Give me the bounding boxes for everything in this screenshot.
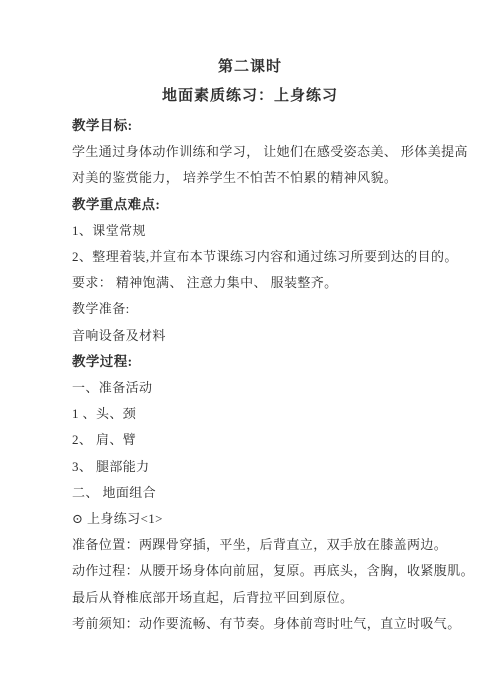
document-line: 2、整理着装,并宣布本节课练习内容和通过练习所要到达的目的。 — [72, 244, 460, 270]
document-line: ⊙ 上身练习<1> — [72, 506, 460, 532]
document-line: 3、 腿部能力 — [72, 454, 460, 480]
document-line: 最后从脊椎底部开场直起，后背拉平回到原位。 — [72, 585, 460, 611]
document-body: 教学目标:学生通过身体动作训练和学习， 让她们在感受姿态美、 形体美提高对美的鉴… — [72, 113, 460, 637]
document-line: 对美的鉴赏能力， 培养学生不怕苦不怕累的精神风貌。 — [72, 165, 460, 191]
document-heading-line: 教学重点难点: — [72, 192, 460, 218]
document-line: 一、准备活动 — [72, 375, 460, 401]
document-line: 二、 地面组合 — [72, 480, 460, 506]
document-line: 1 、头、颈 — [72, 401, 460, 427]
document-line: 教学准备: — [72, 296, 460, 322]
document-line: 准备位置：两踝骨穿插，平坐，后背直立，双手放在膝盖两边。 — [72, 532, 460, 558]
document-line: 1、课堂常规 — [72, 218, 460, 244]
document-line: 考前须知：动作要流畅、有节奏。身体前弯时吐气，直立时吸气。 — [72, 611, 460, 637]
document-title: 第二课时 — [72, 54, 428, 81]
document-page: 第二课时 地面素质练习：上身练习 教学目标:学生通过身体动作训练和学习， 让她们… — [0, 0, 500, 692]
document-line: 音响设备及材料 — [72, 323, 460, 349]
document-line: 动作过程：从腰开场身体向前屈，复原。再底头，含胸，收紧腹肌。 — [72, 558, 460, 584]
document-heading-line: 教学过程: — [72, 349, 460, 375]
document-line: 要求： 精神饱满、 注意力集中、 服装整齐。 — [72, 270, 460, 296]
document-heading-line: 教学目标: — [72, 113, 460, 139]
document-subtitle: 地面素质练习：上身练习 — [72, 81, 428, 111]
document-line: 学生通过身体动作训练和学习， 让她们在感受姿态美、 形体美提高 — [72, 139, 460, 165]
document-line: 2、 肩、臂 — [72, 427, 460, 453]
